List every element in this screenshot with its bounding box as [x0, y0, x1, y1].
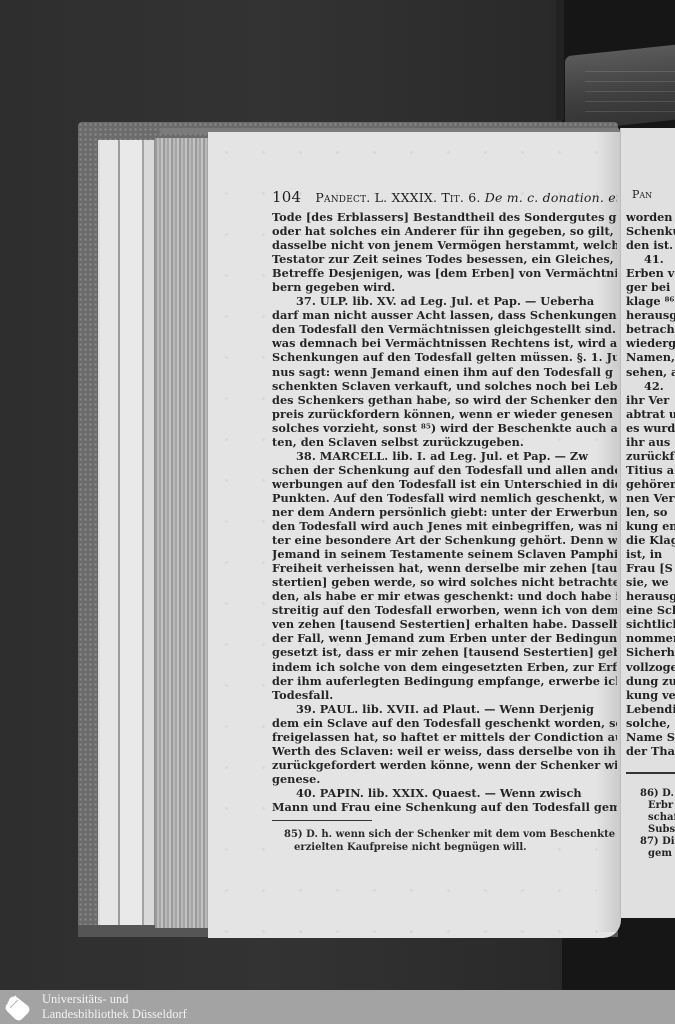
text-line: zurückgefordert werden könne, wenn der S… [272, 758, 617, 772]
text-line: was demnach bei Vermächtnissen Rechtens … [272, 336, 617, 350]
text-line: vollzoge [626, 660, 675, 674]
text-line: sichtlich [626, 617, 675, 631]
footnote-line: 85) D. h. wenn sich der Schenker mit dem… [272, 829, 617, 842]
footnote-line: erzielten Kaufpreise nicht begnügen will… [272, 842, 617, 855]
flyleaf [144, 140, 155, 925]
text-line: werbungen auf den Todesfall ist ein Unte… [272, 477, 617, 491]
text-line: ten, den Sclaven selbst zurückzugeben. [272, 435, 617, 449]
text-line: stertien] geben werde, so wird solches n… [272, 575, 617, 589]
text-line: indem ich solche von dem eingesetzten Er… [272, 660, 617, 674]
text-line: 37. ULP. lib. XV. ad Leg. Jul. et Pap. —… [272, 294, 617, 308]
text-line: Werth des Sclaven: weil er weiss, dass d… [272, 744, 617, 758]
text-line: Titius a [626, 463, 675, 477]
text-line: 38. MARCELL. lib. I. ad Leg. Jul. et Pap… [272, 449, 617, 463]
text-line: preis zurückfordern können, wenn er wied… [272, 407, 617, 421]
footnote-line: gem [626, 848, 675, 860]
text-line: der ihm auferlegten Bedingung empfange, … [272, 674, 617, 688]
text-line: Namen, [626, 350, 675, 364]
text-line: kung en [626, 519, 675, 533]
background-seam [556, 0, 564, 120]
text-line: ter eine besondere Art der Schenkung geh… [272, 533, 617, 547]
text-line: ihr aus [626, 435, 675, 449]
text-line: gehören. [626, 477, 675, 491]
text-line: ihr Ver [626, 393, 675, 407]
page-number: 104 [272, 188, 301, 206]
text-line: sie, we [626, 575, 675, 589]
adjacent-volume-edge [585, 62, 675, 112]
running-head: 104 Pandect. L. XXXIX. Tit. 6. De m. c. … [272, 188, 617, 210]
text-line: Todesfall. [272, 688, 617, 702]
text-line: herausge [626, 308, 675, 322]
text-line: 39. PAUL. lib. XVII. ad Plaut. — Wenn De… [272, 702, 617, 716]
text-line: Name S [626, 730, 675, 744]
text-line: Testator zur Zeit seines Todes besessen,… [272, 252, 617, 266]
text-line: Schenkun [626, 224, 675, 238]
text-line: bern gegeben wird. [272, 280, 617, 294]
institution-line-2: Landesbibliothek Düsseldorf [42, 1007, 187, 1022]
text-line: zurückfal [626, 449, 675, 463]
footnote-line: Erbr [626, 800, 675, 812]
running-head-subtitle: De m. c. donation. etc. [485, 190, 617, 205]
text-line: sehen, a [626, 365, 675, 379]
flyleaf [100, 140, 120, 925]
text-line: dasselbe nicht von jenem Vermögen hersta… [272, 238, 617, 252]
footnote-rule [272, 820, 372, 821]
text-line: kung ve [626, 688, 675, 702]
text-line: Mann und Frau eine Schenkung auf den Tod… [272, 800, 617, 814]
text-line: schen der Schenkung auf den Todesfall un… [272, 463, 617, 477]
text-line: eine Sch [626, 603, 675, 617]
text-line: worden [626, 210, 675, 224]
text-line: genese. [272, 772, 617, 786]
running-head-title: Pandect. L. XXXIX. Tit. 6. [315, 190, 480, 205]
text-line: nommen [626, 631, 675, 645]
text-line: betrachte [626, 322, 675, 336]
text-line: solche, [626, 716, 675, 730]
text-line: darf man nicht ausser Acht lassen, dass … [272, 308, 617, 322]
text-line: wiederge [626, 336, 675, 350]
text-line: schenkten Sclaven verkauft, und solches … [272, 379, 617, 393]
text-line: solches vorzieht, sonst ⁸⁵) wird der Bes… [272, 421, 617, 435]
page-stack-edges [155, 138, 211, 928]
text-line: den, als habe er mir etwas geschenkt: un… [272, 589, 617, 603]
book-logo-icon [4, 994, 34, 1022]
text-line: herausge [626, 589, 675, 603]
text-line: der Tha [626, 744, 675, 758]
text-line: den Todesfall wird auch Jenes mit einbeg… [272, 519, 617, 533]
text-line: es wurde [626, 421, 675, 435]
text-line: 41. [626, 252, 675, 266]
text-line: Betreffe Desjenigen, was [dem Erben] von… [272, 266, 617, 280]
right-body-text: wordenSchenkunden ist.41.Erben veger bei… [626, 210, 675, 758]
text-line: des Schenkers gethan habe, so wird der S… [272, 393, 617, 407]
text-line: Punkten. Auf den Todesfall wird nemlich … [272, 491, 617, 505]
flyleaf [120, 140, 144, 925]
text-line: len, so [626, 505, 675, 519]
text-line: dem ein Sclave auf den Todesfall geschen… [272, 716, 617, 730]
text-line: ger bei [626, 280, 675, 294]
right-footnotes: 86) D.ErbrschafSubs87) Digem [626, 788, 675, 860]
right-running-head: Pan [626, 188, 675, 210]
institution-line-1: Universitäts- und [42, 992, 187, 1007]
text-line: streitig auf den Todesfall erworben, wen… [272, 603, 617, 617]
text-line: oder hat solches ein Anderer für ihn geg… [272, 224, 617, 238]
text-line: abtrat u [626, 407, 675, 421]
text-line: 42. [626, 379, 675, 393]
text-line: nus sagt: wenn Jemand einen ihm auf den … [272, 365, 617, 379]
text-line: Tode [des Erblassers] Bestandtheil des S… [272, 210, 617, 224]
text-line: Frau [S [626, 561, 675, 575]
text-line: klage ⁸⁶) [626, 294, 675, 308]
right-page-text: Pan wordenSchenkunden ist.41.Erben veger… [626, 188, 675, 860]
text-line: Lebendi [626, 702, 675, 716]
text-line: Erben ve [626, 266, 675, 280]
body-text: Tode [des Erblassers] Bestandtheil des S… [272, 210, 617, 814]
text-line: der Fall, wenn Jemand zum Erben unter de… [272, 631, 617, 645]
right-footnote-rule [626, 772, 675, 774]
text-line: den ist. [626, 238, 675, 252]
text-line: ven zehen [tausend Sestertien] erhalten … [272, 617, 617, 631]
text-line: gesetzt ist, dass er mir zehen [tausend … [272, 645, 617, 659]
text-line: Freiheit verheissen hat, wenn derselbe m… [272, 561, 617, 575]
text-line: die Klag [626, 533, 675, 547]
text-line: dung zu [626, 674, 675, 688]
text-line: ist, in [626, 547, 675, 561]
text-line: Sicherhe [626, 645, 675, 659]
text-line: 40. PAPIN. lib. XXIX. Quaest. — Wenn zwi… [272, 786, 617, 800]
footnote-line: 86) D. [626, 788, 675, 800]
text-line: den Todesfall den Vermächtnissen gleichg… [272, 322, 617, 336]
text-line: nen Ver [626, 491, 675, 505]
text-line: Schenkungen auf den Todesfall gelten müs… [272, 350, 617, 364]
footnote-line: 87) Di [626, 836, 675, 848]
footnote-line: Subs [626, 824, 675, 836]
text-line: Jemand in seinem Testamente seinem Sclav… [272, 547, 617, 561]
text-line: ner dem Andern persönlich giebt: unter d… [272, 505, 617, 519]
left-page-text: 104 Pandect. L. XXXIX. Tit. 6. De m. c. … [272, 188, 617, 854]
institution-name: Universitäts- und Landesbibliothek Düsse… [42, 992, 187, 1022]
text-line: freigelassen hat, so haftet er mittels d… [272, 730, 617, 744]
footnote-line: schaf [626, 812, 675, 824]
